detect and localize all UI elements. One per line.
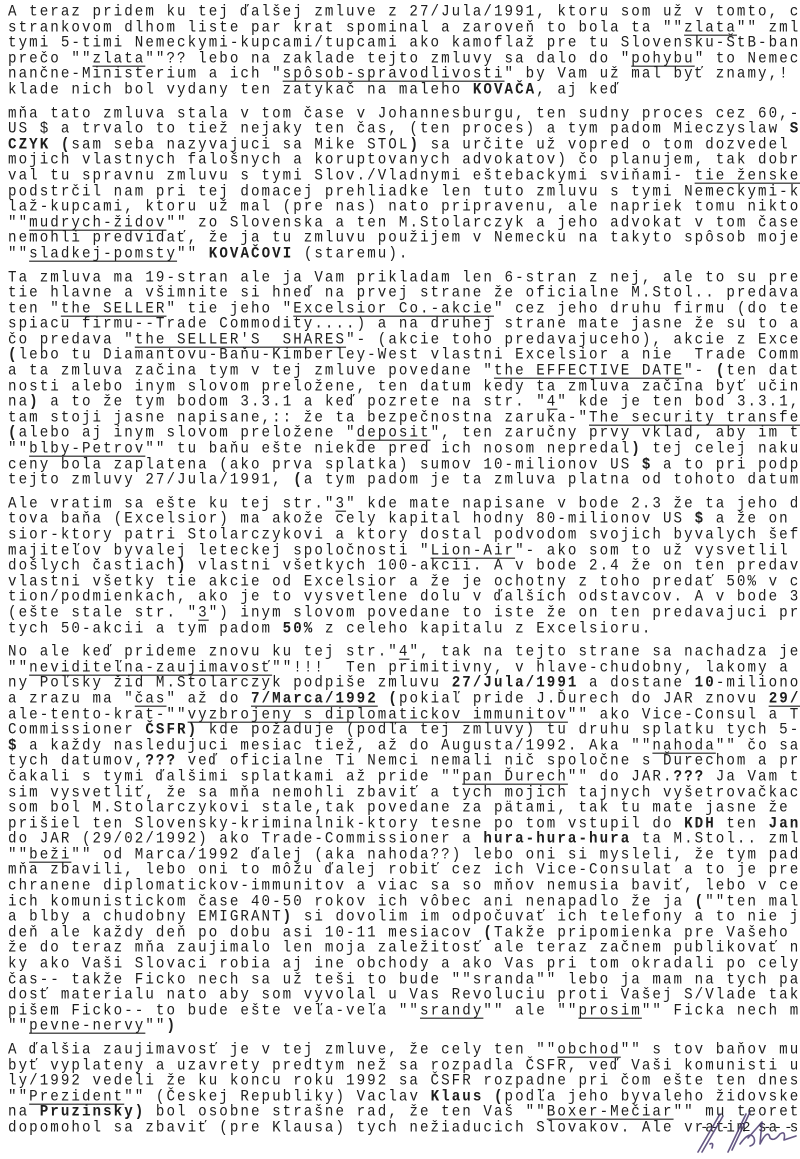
text-segment: z celeho kapitalu z Excelsioru.: [314, 620, 652, 638]
text-segment: "" ale "": [483, 1002, 578, 1020]
bold-text: (: [293, 471, 304, 489]
underlined-text: pevne-nervy: [29, 1017, 145, 1035]
text-segment: "": [145, 1017, 166, 1035]
text-segment: , aj keď: [536, 81, 621, 99]
text-line: ""sladkej-pomsty"" KOVAČOVI (staremu).: [8, 246, 793, 263]
paragraph: A teraz pridem ku tej ďalšej zmluve z 27…: [8, 5, 793, 99]
text-segment: a tym padom je ta zmluva platna od tohot…: [304, 471, 800, 489]
paragraph: Ta zmluva ma 19-stran ale ja Vam priklad…: [8, 271, 793, 489]
text-segment: "": [8, 245, 29, 263]
paragraph: A ďalšia zaujimavosť je v tej zmluve, že…: [8, 1043, 793, 1137]
document-page: A teraz pridem ku tej ďalšej zmluve z 27…: [8, 5, 793, 1137]
paragraph: No ale keď prideme znovu ku tej str."4",…: [8, 645, 793, 1035]
text-line: tejto zmluvy 27/Jula/1991, (a tym padom …: [8, 472, 793, 489]
bold-text: 50%: [283, 620, 315, 638]
underlined-text: sladkej-pomsty: [29, 245, 177, 263]
text-segment: "": [8, 1017, 29, 1035]
underlined-text: srandy: [420, 1002, 483, 1020]
text-line: dopomohol sa zbaviť (pre Klausa) tych ne…: [8, 1120, 793, 1137]
bold-text: KOVAČOVI: [209, 245, 294, 263]
signature-icon: [690, 1108, 800, 1158]
text-segment: tejto zmluvy 27/Jula/1991,: [8, 471, 293, 489]
paragraph: mňa tato zmluva stala v tom čase v Johan…: [8, 107, 793, 263]
text-line: klade nich bol vydany ten zatykač na mal…: [8, 82, 793, 99]
text-segment: "": [177, 245, 209, 263]
bold-text: ): [166, 1017, 177, 1035]
text-line: tych 50-akcii a tym padom 50% z celeho k…: [8, 621, 793, 638]
text-segment: "" Ficka nech ma: [642, 1002, 800, 1020]
text-segment: (staremu).: [293, 245, 409, 263]
text-segment: dopomohol sa zbaviť (pre Klausa) tych ne…: [8, 1119, 800, 1137]
bold-text: KOVAČA: [473, 81, 536, 99]
text-line: ""pevne-nervy""): [8, 1018, 793, 1035]
underlined-text: prosim: [578, 1002, 641, 1020]
text-segment: tych 50-akcii a tym padom: [8, 620, 283, 638]
text-segment: klade nich bol vydany ten zatykač na mal…: [8, 81, 473, 99]
paragraph: Ale vratim sa ešte ku tej str."3" kde ma…: [8, 497, 793, 637]
